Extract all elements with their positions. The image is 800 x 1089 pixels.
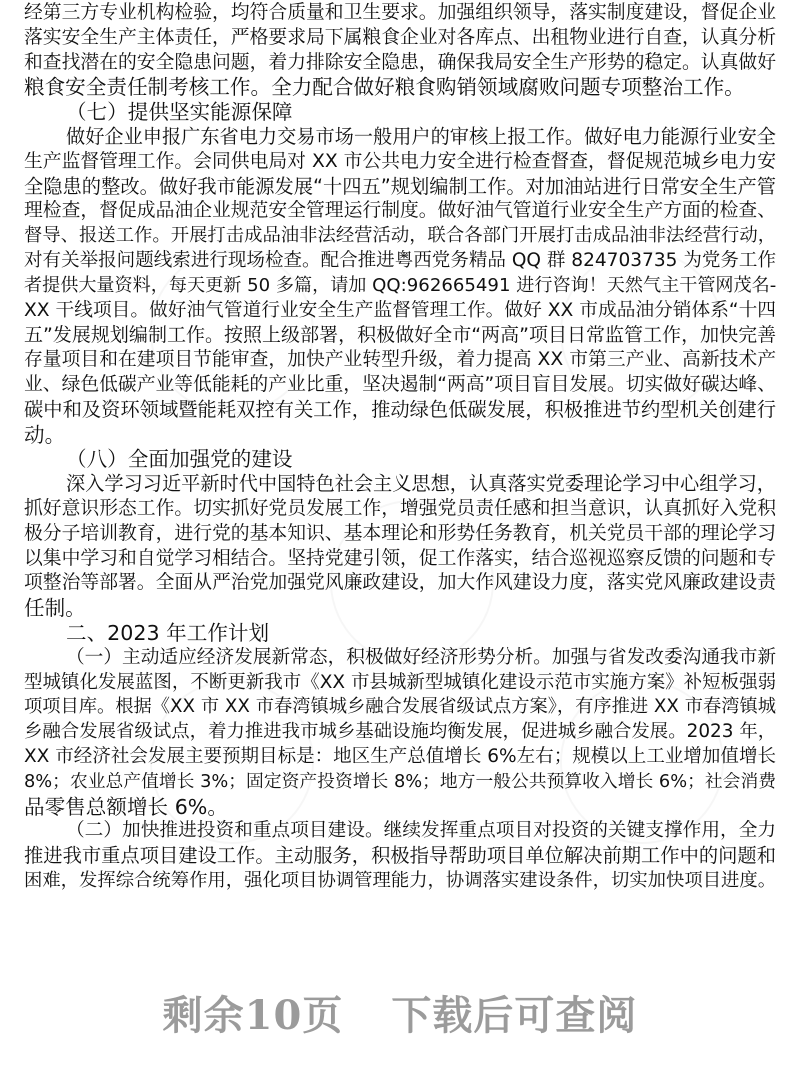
text-line: 生产监督管理工作。会同供电局对 XX 市公共电力安全进行检查督查，督促规范城乡电… [24, 150, 776, 175]
text-line: （二）加快推进投资和重点项目建设。继续发挥重点项目对投资的关键支撑作用，全力 [24, 819, 776, 844]
text-line: 存量项目和在建项目节能审查，加快产业转型升级，着力提高 XX 市第三产业、高新技… [24, 348, 776, 373]
text-line: 型城镇化发展蓝图，不断更新我市《XX 市县城新型城镇化建设示范市实施方案》补短板… [24, 671, 776, 696]
text-line: 督导、报送工作。开展打击成品油非法经营活动，联合各部门开展打击成品油非法经营行动… [24, 224, 776, 249]
download-hint-label[interactable]: 下载后可查阅 [391, 984, 637, 1041]
text-line: 困难，发挥综合统筹作用，强化项目协调管理能力，协调落实建设条件，切实加快项目进度… [24, 869, 776, 894]
text-line: 品零售总额增长 6%。 [24, 795, 776, 820]
text-line: 抓好意识形态工作。切实抓好党员发展工作，增强党员责任感和担当意识，认真抓好入党积 [24, 497, 776, 522]
text-line: 乡融合发展省级试点，着力推进我市城乡基础设施均衡发展，促进城乡融合发展。2023… [24, 720, 776, 745]
text-line: XX 市经济社会发展主要预期目标是：地区生产总值增长 6%左右；规模以上工业增加… [24, 745, 776, 770]
text-line: 做好企业申报广东省电力交易市场一般用户的审核上报工作。做好电力能源行业安全 [24, 125, 776, 150]
text-line: 以集中学习和自觉学习相结合。坚持党建引领，促工作落实，结合巡视巡察反馈的问题和专 [24, 547, 776, 572]
text-line: 碳中和及资环领域暨能耗双控有关工作，推动绿色低碳发展，积极推进节约型机关创建行 [24, 398, 776, 423]
document-body: 经第三方专业机构检验，均符合质量和卫生要求。加强组织领导，落实制度建设，督促企业… [24, 1, 776, 894]
remaining-pages-label: 剩余10页 [163, 984, 344, 1041]
download-banner[interactable]: 剩余10页下载后可查阅 [0, 984, 800, 1041]
text-line: 理检查，督促成品油企业规范安全管理运行制度。做好油气管道行业安全生产方面的检查、 [24, 199, 776, 224]
text-line: 动。 [24, 423, 776, 448]
text-line: 项整治等部署。全面从严治党加强党风廉政建设，加大作风建设力度，落实党风廉政建设责 [24, 571, 776, 596]
text-line: 落实安全生产主体责任，严格要求局下属粮食企业对各库点、出租物业进行自查，认真分析 [24, 26, 776, 51]
text-line: 极分子培训教育，进行党的基本知识、基本理论和形势任务教育，机关党员干部的理论学习 [24, 522, 776, 547]
text-line: 全隐患的整改。做好我市能源发展“十四五”规划编制工作。对加油站进行日常安全生产管 [24, 175, 776, 200]
text-line: （一）主动适应经济发展新常态，积极做好经济形势分析。加强与省发改委沟通我市新 [24, 646, 776, 671]
text-line: 粮食安全责任制考核工作。全力配合做好粮食购销领域腐败问题专项整治工作。 [24, 75, 776, 100]
text-line: 8%；农业总产值增长 3%；固定资产投资增长 8%；地方一般公共预算收入增长 6… [24, 770, 776, 795]
text-line: 和查找潜在的安全隐患问题，着力排除安全隐患，确保我局安全生产形势的稳定。认真做好 [24, 51, 776, 76]
text-line: 经第三方专业机构检验，均符合质量和卫生要求。加强组织领导，落实制度建设，督促企业 [24, 1, 776, 26]
text-line: 对有关举报问题线索进行现场检查。配合推进粤西党务精品 QQ 群 82470373… [24, 249, 776, 274]
text-line: 二、2023 年工作计划 [24, 621, 776, 646]
text-line: （七）提供坚实能源保障 [24, 100, 776, 125]
text-line: 推进我市重点项目建设工作。主动服务，积极指导帮助项目单位解决前期工作中的问题和 [24, 844, 776, 869]
text-line: 业、绿色低碳产业等低能耗的产业比重，坚决遏制“两高”项目盲目发展。切实做好碳达峰… [24, 373, 776, 398]
text-line: 者提供大量资料，每天更新 50 多篇，请加 QQ:962665491 进行咨询！… [24, 274, 776, 299]
text-line: 任制。 [24, 596, 776, 621]
text-line: （八）全面加强党的建设 [24, 447, 776, 472]
text-line: 五”发展规划编制工作。按照上级部署，积极做好全市“两高”项目日常监管工作，加快完… [24, 323, 776, 348]
text-line: 深入学习习近平新时代中国特色社会主义思想，认真落实党委理论学习中心组学习， [24, 472, 776, 497]
text-line: 项项目库。根据《XX 市 XX 市春湾镇城乡融合发展省级试点方案》，有序推进 X… [24, 695, 776, 720]
text-line: XX 干线项目。做好油气管道行业安全生产监督管理工作。做好 XX 市成品油分销体… [24, 299, 776, 324]
